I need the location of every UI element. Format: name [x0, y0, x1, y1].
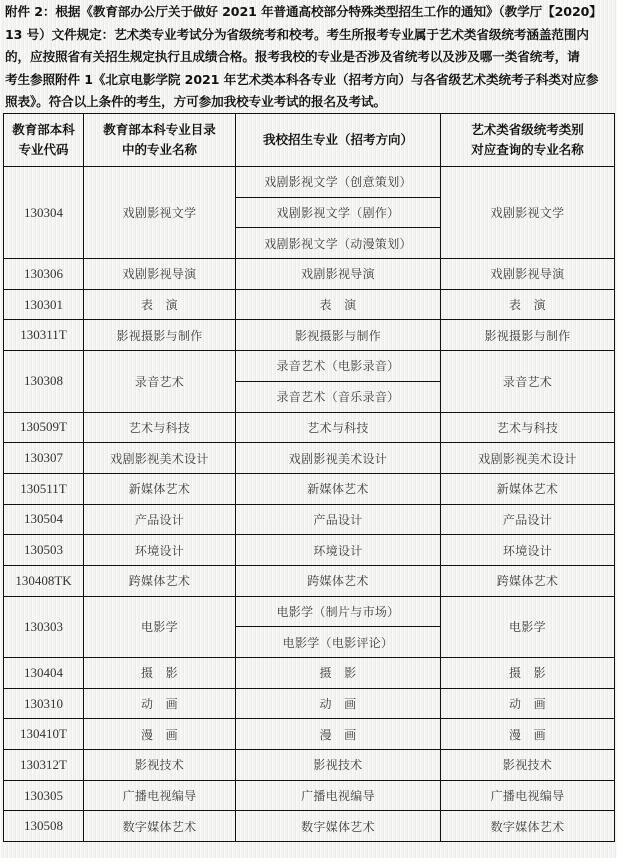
table-row: 130508数字媒体艺术数字媒体艺术数字媒体艺术: [4, 811, 615, 842]
header-text: 教育部本科专业目录: [84, 120, 235, 140]
table-header: 教育部本科 专业代码 教育部本科专业目录 中的专业名称 我校招生专业（招考方向）…: [4, 114, 615, 167]
cell-exam-category: 摄 影: [441, 658, 615, 689]
cell-direction: 漫 画: [236, 719, 441, 750]
cell-major-code: 130301: [4, 289, 84, 320]
header-text: 对应查询的专业名称: [441, 140, 614, 160]
table-row: 130503环境设计环境设计环境设计: [4, 535, 615, 566]
table-row: 130509T艺术与科技艺术与科技艺术与科技: [4, 412, 615, 443]
cell-catalog-name: 摄 影: [84, 658, 236, 689]
cell-exam-category: 新媒体艺术: [441, 473, 615, 504]
cell-exam-category: 环境设计: [441, 535, 615, 566]
cell-exam-category: 产品设计: [441, 504, 615, 535]
cell-exam-category: 艺术与科技: [441, 412, 615, 443]
cell-major-code: 130508: [4, 811, 84, 842]
cell-direction: 艺术与科技: [236, 412, 441, 443]
cell-exam-category: 表 演: [441, 289, 615, 320]
table-row: 130410T漫 画漫 画漫 画: [4, 719, 615, 750]
cell-exam-category: 漫 画: [441, 719, 615, 750]
cell-major-code: 130305: [4, 780, 84, 811]
cell-exam-category: 戏剧影视导演: [441, 259, 615, 290]
header-text: 专业代码: [4, 140, 83, 160]
table-row: 130511T新媒体艺术新媒体艺术新媒体艺术: [4, 473, 615, 504]
cell-major-code: 130511T: [4, 473, 84, 504]
cell-catalog-name: 影视技术: [84, 750, 236, 781]
cell-catalog-name: 表 演: [84, 289, 236, 320]
header-exam-category: 艺术类省级统考类别 对应查询的专业名称: [441, 114, 615, 167]
cell-direction: 影视技术: [236, 750, 441, 781]
header-text: 中的专业名称: [84, 140, 235, 160]
table-row: 130312T影视技术影视技术影视技术: [4, 750, 615, 781]
cell-catalog-name: 跨媒体艺术: [84, 565, 236, 596]
cell-exam-category: 电影学: [441, 596, 615, 657]
cell-major-code: 130311T: [4, 320, 84, 351]
cell-major-code: 130308: [4, 351, 84, 412]
cell-direction: 录音艺术（音乐录音）: [236, 381, 441, 412]
cell-exam-category: 影视技术: [441, 750, 615, 781]
cell-catalog-name: 动 画: [84, 688, 236, 719]
cell-catalog-name: 广播电视编导: [84, 780, 236, 811]
table-body: 130304戏剧影视文学戏剧影视文学（创意策划）戏剧影视文学戏剧影视文学（剧作）…: [4, 167, 615, 842]
cell-major-code: 130312T: [4, 750, 84, 781]
cell-exam-category: 戏剧影视美术设计: [441, 443, 615, 474]
intro-paragraph: 附件 2：根据《教育部办公厅关于做好 2021 年普通高校部分特殊类型招生工作的…: [5, 1, 615, 114]
header-directions: 我校招生专业（招考方向）: [236, 114, 441, 167]
cell-major-code: 130503: [4, 535, 84, 566]
header-code: 教育部本科 专业代码: [4, 114, 84, 167]
cell-catalog-name: 戏剧影视美术设计: [84, 443, 236, 474]
cell-direction: 跨媒体艺术: [236, 565, 441, 596]
intro-line: 13 号）文件规定：艺术类专业考试分为省级统考和校考。考生所报考专业属于艺术类省…: [5, 24, 615, 47]
cell-major-code: 130307: [4, 443, 84, 474]
cell-catalog-name: 录音艺术: [84, 351, 236, 412]
cell-direction: 电影学（电影评论）: [236, 627, 441, 658]
cell-catalog-name: 艺术与科技: [84, 412, 236, 443]
cell-direction: 电影学（制片与市场）: [236, 596, 441, 627]
cell-major-code: 130408TK: [4, 565, 84, 596]
cell-major-code: 130509T: [4, 412, 84, 443]
table-row: 130305广播电视编导广播电视编导广播电视编导: [4, 780, 615, 811]
cell-major-code: 130404: [4, 658, 84, 689]
cell-direction: 录音艺术（电影录音）: [236, 351, 441, 382]
table-row: 130308录音艺术录音艺术（电影录音）录音艺术: [4, 351, 615, 382]
cell-direction: 数字媒体艺术: [236, 811, 441, 842]
cell-direction: 戏剧影视文学（创意策划）: [236, 167, 441, 198]
table-row: 130504产品设计产品设计产品设计: [4, 504, 615, 535]
cell-major-code: 130303: [4, 596, 84, 657]
cell-exam-category: 录音艺术: [441, 351, 615, 412]
header-text: 艺术类省级统考类别: [441, 120, 614, 140]
cell-catalog-name: 漫 画: [84, 719, 236, 750]
cell-exam-category: 影视摄影与制作: [441, 320, 615, 351]
cell-catalog-name: 环境设计: [84, 535, 236, 566]
table-row: 130307戏剧影视美术设计戏剧影视美术设计戏剧影视美术设计: [4, 443, 615, 474]
cell-major-code: 130410T: [4, 719, 84, 750]
intro-line: 照表》。符合以上条件的考生，方可参加我校专业考试的报名及考试。: [5, 91, 615, 114]
cell-direction: 摄 影: [236, 658, 441, 689]
cell-catalog-name: 数字媒体艺术: [84, 811, 236, 842]
cell-direction: 戏剧影视美术设计: [236, 443, 441, 474]
cell-catalog-name: 影视摄影与制作: [84, 320, 236, 351]
cell-direction: 环境设计: [236, 535, 441, 566]
cell-major-code: 130304: [4, 167, 84, 259]
table-row: 130311T影视摄影与制作影视摄影与制作影视摄影与制作: [4, 320, 615, 351]
cell-direction: 表 演: [236, 289, 441, 320]
table-row: 130301表 演表 演表 演: [4, 289, 615, 320]
majors-table: 教育部本科 专业代码 教育部本科专业目录 中的专业名称 我校招生专业（招考方向）…: [3, 113, 615, 842]
cell-catalog-name: 戏剧影视文学: [84, 167, 236, 259]
cell-direction: 戏剧影视文学（动漫策划）: [236, 228, 441, 259]
table-row: 130310动 画动 画动 画: [4, 688, 615, 719]
cell-exam-category: 动 画: [441, 688, 615, 719]
cell-catalog-name: 电影学: [84, 596, 236, 657]
table-row: 130303电影学电影学（制片与市场）电影学: [4, 596, 615, 627]
cell-direction: 戏剧影视文学（剧作）: [236, 197, 441, 228]
table-row: 130306戏剧影视导演戏剧影视导演戏剧影视导演: [4, 259, 615, 290]
header-row: 教育部本科 专业代码 教育部本科专业目录 中的专业名称 我校招生专业（招考方向）…: [4, 114, 615, 167]
intro-line: 的，应按照省有关招生规定执行且成绩合格。报考我校的专业是否涉及省统考以及涉及哪一…: [5, 46, 615, 69]
cell-direction: 动 画: [236, 688, 441, 719]
cell-direction: 新媒体艺术: [236, 473, 441, 504]
cell-direction: 产品设计: [236, 504, 441, 535]
cell-direction: 影视摄影与制作: [236, 320, 441, 351]
cell-major-code: 130310: [4, 688, 84, 719]
header-catalog-name: 教育部本科专业目录 中的专业名称: [84, 114, 236, 167]
cell-exam-category: 广播电视编导: [441, 780, 615, 811]
intro-line: 考生参照附件 1《北京电影学院 2021 年艺术类本科各专业（招考方向）与各省级…: [5, 69, 615, 92]
table-row: 130304戏剧影视文学戏剧影视文学（创意策划）戏剧影视文学: [4, 167, 615, 198]
intro-line: 附件 2：根据《教育部办公厅关于做好 2021 年普通高校部分特殊类型招生工作的…: [5, 1, 615, 24]
cell-catalog-name: 戏剧影视导演: [84, 259, 236, 290]
header-text: 我校招生专业（招考方向）: [236, 130, 440, 150]
cell-catalog-name: 新媒体艺术: [84, 473, 236, 504]
header-text: 教育部本科: [4, 120, 83, 140]
cell-major-code: 130306: [4, 259, 84, 290]
cell-catalog-name: 产品设计: [84, 504, 236, 535]
table-row: 130408TK跨媒体艺术跨媒体艺术跨媒体艺术: [4, 565, 615, 596]
cell-direction: 广播电视编导: [236, 780, 441, 811]
cell-exam-category: 跨媒体艺术: [441, 565, 615, 596]
cell-exam-category: 戏剧影视文学: [441, 167, 615, 259]
cell-direction: 戏剧影视导演: [236, 259, 441, 290]
cell-exam-category: 数字媒体艺术: [441, 811, 615, 842]
table-row: 130404摄 影摄 影摄 影: [4, 658, 615, 689]
cell-major-code: 130504: [4, 504, 84, 535]
